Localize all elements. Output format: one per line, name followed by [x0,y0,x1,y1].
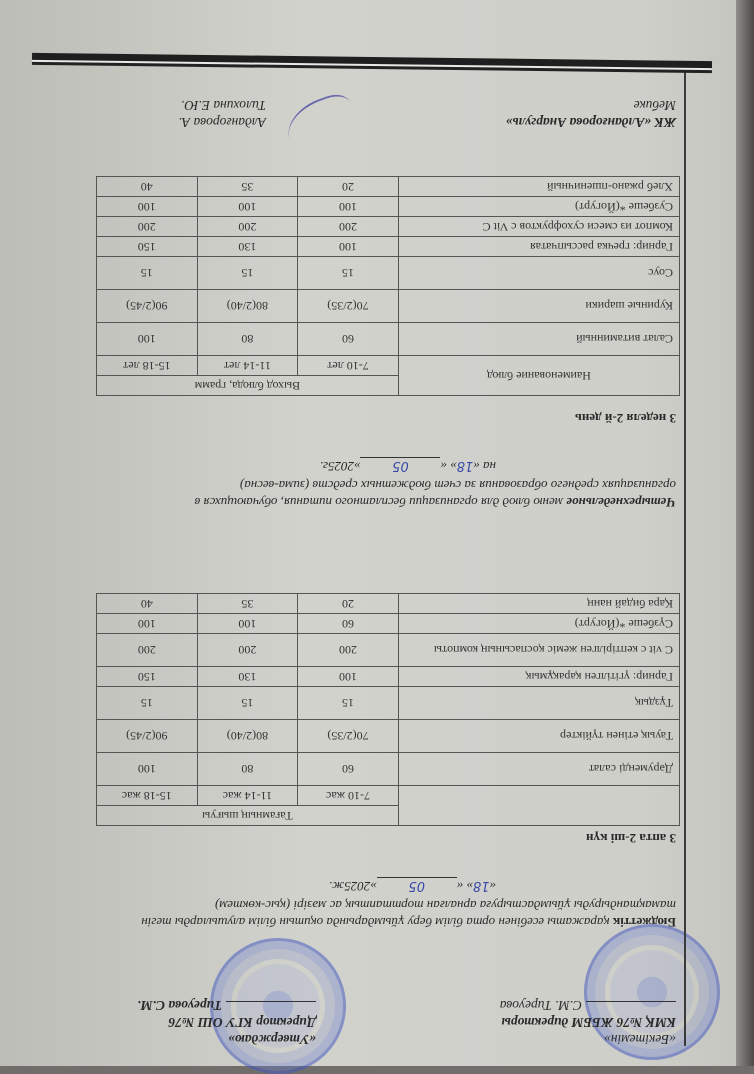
kz-date-open: « [490,879,497,894]
kz-menu-title: Бюджеттік қаражаты есебінен орта білім б… [56,897,676,931]
ru-portion-value: 40 [97,177,198,197]
approval-ru-label: «Утверждаю» [228,1032,316,1047]
ru-day-label: 3 неделя 2-й день [575,410,676,426]
kz-title-line1: қаражаты есебінен орта білім беру ұйымда… [141,915,613,930]
kz-portion-value: 15 [197,687,298,720]
kz-col-age-15-18: 15-18 жас [97,786,198,806]
ru-portion-value: 60 [298,323,399,356]
ru-col-age-11-14: 11-14 лет [197,356,298,376]
table-row: Дәруменді салат6080100 [97,753,680,786]
kz-portion-value: 60 [298,614,399,634]
kz-menu-table: Тағамның шығуы 7-10 жас 11-14 жас 15-18 … [96,593,680,826]
menu-document-page: «Бекітемін» КМҚ №76 ЖББМ директоры С.М. … [0,0,754,1066]
signatory-right: Алданғорова А. Тилохина Е.Ю. [179,97,266,131]
ru-date-day: 18 [457,458,474,473]
ru-dish-name: Соус [398,257,679,290]
ru-portion-value: 150 [97,237,198,257]
kz-date-mid: » « [457,879,473,894]
kz-portion-value: 80 [197,753,298,786]
ru-portion-value: 200 [197,217,298,237]
kz-dish-name: Қара бидай нанң [398,594,679,614]
signatory-name-1: Алданғорова А. [179,115,266,130]
table-row: Тұздық151515 [97,687,680,720]
signatory-role: Мебике [634,98,676,113]
kz-portion-value: 100 [298,667,399,687]
approval-block-kz: «Бекітемін» КМҚ №76 ЖББМ директоры С.М. … [500,997,676,1048]
ru-date-open: на « [473,459,496,474]
ru-menu-table: Наименование блюд Выход блюда, грамм 7-1… [96,176,680,396]
kz-dish-name: Гарнир: үгітілген қарақұмық [398,667,679,687]
table-row: С vit с кептірілген жеміс қоспасының ком… [97,634,680,667]
kz-dish-name: Дәруменді салат [398,753,679,786]
kz-date-line: «18» «05»2025ж. [329,877,496,894]
kz-portion-value: 35 [197,594,298,614]
table-row: Компот из смеси сухофруктов с Vit C20020… [97,217,680,237]
ru-col-age-15-18: 15-18 лет [97,356,198,376]
kz-portion-value: 200 [97,634,198,667]
kz-col-age-11-14: 11-14 жас [197,786,298,806]
table-row: Қара бидай нанң203540 [97,594,680,614]
kz-portion-value: 15 [298,687,399,720]
ru-dish-name: Компот из смеси сухофруктов с Vit C [398,217,679,237]
approval-kz-position: КМҚ №76 ЖББМ директоры [501,1015,676,1030]
kz-portion-value: 60 [298,753,399,786]
kz-col-age-7-10: 7-10 жас [298,786,399,806]
ru-portion-value: 100 [197,197,298,217]
kz-portion-value: 15 [97,687,198,720]
table-row: Сузбеше *(Йогурт)100100100 [97,197,680,217]
ru-title-bold-word: Четырехнедельное [566,495,676,510]
signatory-name-2: Тилохина Е.Ю. [181,98,266,113]
page-border-bar [32,53,712,70]
desk-shadow [736,0,754,1066]
table-row: Куриные шарики70(2/35)80(2/40)90(2/45) [97,290,680,323]
kz-portion-value: 80(2/40) [197,720,298,753]
kz-date-day: 18 [473,878,490,893]
kz-dish-name: С vit с кептірілген жеміс қоспасының ком… [398,634,679,667]
table-row: Тауық етінен түйіктер70(2/35)80(2/40)90(… [97,720,680,753]
table-row: Соус151515 [97,257,680,290]
ru-portion-value: 15 [298,257,399,290]
kz-portion-value: 20 [298,594,399,614]
kz-portion-value: 100 [197,614,298,634]
kz-date-month: 05 [377,877,457,893]
ru-portion-value: 200 [298,217,399,237]
ru-dish-name: Сузбеше *(Йогурт) [398,197,679,217]
kz-date-year: »2025ж. [329,879,377,894]
ru-portion-value: 80(2/40) [197,290,298,323]
ru-title-line2: организациях среднего образования за сче… [240,478,676,493]
page-margin-rule [684,66,686,1046]
ru-portion-value: 80 [197,323,298,356]
approval-block-ru: «Утверждаю» Директор КГУ ОШ №76 Тиреуова… [137,997,316,1048]
kz-portion-value: 200 [197,634,298,667]
ru-col-dish-name: Наименование блюд [398,356,679,396]
ru-header-group: Выход блюда, грамм [97,376,399,396]
ru-menu-title: Четырехнедельное меню блюд для организац… [46,477,676,511]
ru-dish-name: Хлеб ржано-пшеничный [398,177,679,197]
ru-portion-value: 15 [197,257,298,290]
signatory-company: ЖК «Алданғорова Анаргуль» [506,115,676,130]
approval-ru-name: Тиреуова С.М. [137,998,222,1013]
ru-portion-value: 100 [298,197,399,217]
kz-portion-value: 70(2/35) [298,720,399,753]
approval-ru-position: Директор КГУ ОШ №76 [168,1015,316,1030]
ru-dish-name: Гарнир: гречка рассыпчатая [398,237,679,257]
kz-dish-name: Сүзбеше *(Йогурт) [398,614,679,634]
ru-portion-value: 130 [197,237,298,257]
ru-date-mid: » « [441,459,457,474]
ru-portion-value: 35 [197,177,298,197]
ru-portion-value: 90(2/45) [97,290,198,323]
kz-dish-name: Тұздық [398,687,679,720]
kz-dish-name: Тауық етінен түйіктер [398,720,679,753]
ru-date-month: 05 [361,457,441,473]
ru-date-year: »2025г. [320,459,361,474]
approval-kz-name: С.М. Тиреуова [500,998,582,1013]
kz-portion-value: 130 [197,667,298,687]
kz-title-bold-word: Бюджеттік [613,915,676,930]
table-row: Хлеб ржано-пшеничный203540 [97,177,680,197]
ru-portion-value: 15 [97,257,198,290]
ru-portion-value: 100 [97,197,198,217]
kz-day-label: 3 апта 2-ші күн [586,830,676,846]
signatory-left: ЖК «Алданғорова Анаргуль» Мебике [506,97,676,131]
ru-portion-value: 100 [97,323,198,356]
ru-title-line1: меню блюд для организации бесплатного пи… [195,495,567,510]
ru-col-age-7-10: 7-10 лет [298,356,399,376]
kz-header-group: Тағамның шығуы [97,806,399,826]
table-row: Гарнир: гречка рассыпчатая100130150 [97,237,680,257]
table-row: Салат витаминный6080100 [97,323,680,356]
ru-portion-value: 100 [298,237,399,257]
ru-portion-value: 200 [97,217,198,237]
table-row: Гарнир: үгітілген қарақұмық100130150 [97,667,680,687]
ru-date-line: на «18» «05»2025г. [320,457,496,474]
approval-kz-label: «Бекітемін» [500,1031,676,1048]
ru-dish-name: Куриные шарики [398,290,679,323]
ru-portion-value: 70(2/35) [298,290,399,323]
table-row: Сүзбеше *(Йогурт)60100100 [97,614,680,634]
kz-portion-value: 40 [97,594,198,614]
kz-portion-value: 200 [298,634,399,667]
kz-portion-value: 100 [97,614,198,634]
kz-portion-value: 90(2/45) [97,720,198,753]
handwritten-signature [280,89,362,158]
kz-portion-value: 100 [97,753,198,786]
ru-dish-name: Салат витаминный [398,323,679,356]
kz-portion-value: 150 [97,667,198,687]
kz-title-line2: тамақтандыруды ұйымдастыруға арналған то… [215,898,676,913]
ru-portion-value: 20 [298,177,399,197]
